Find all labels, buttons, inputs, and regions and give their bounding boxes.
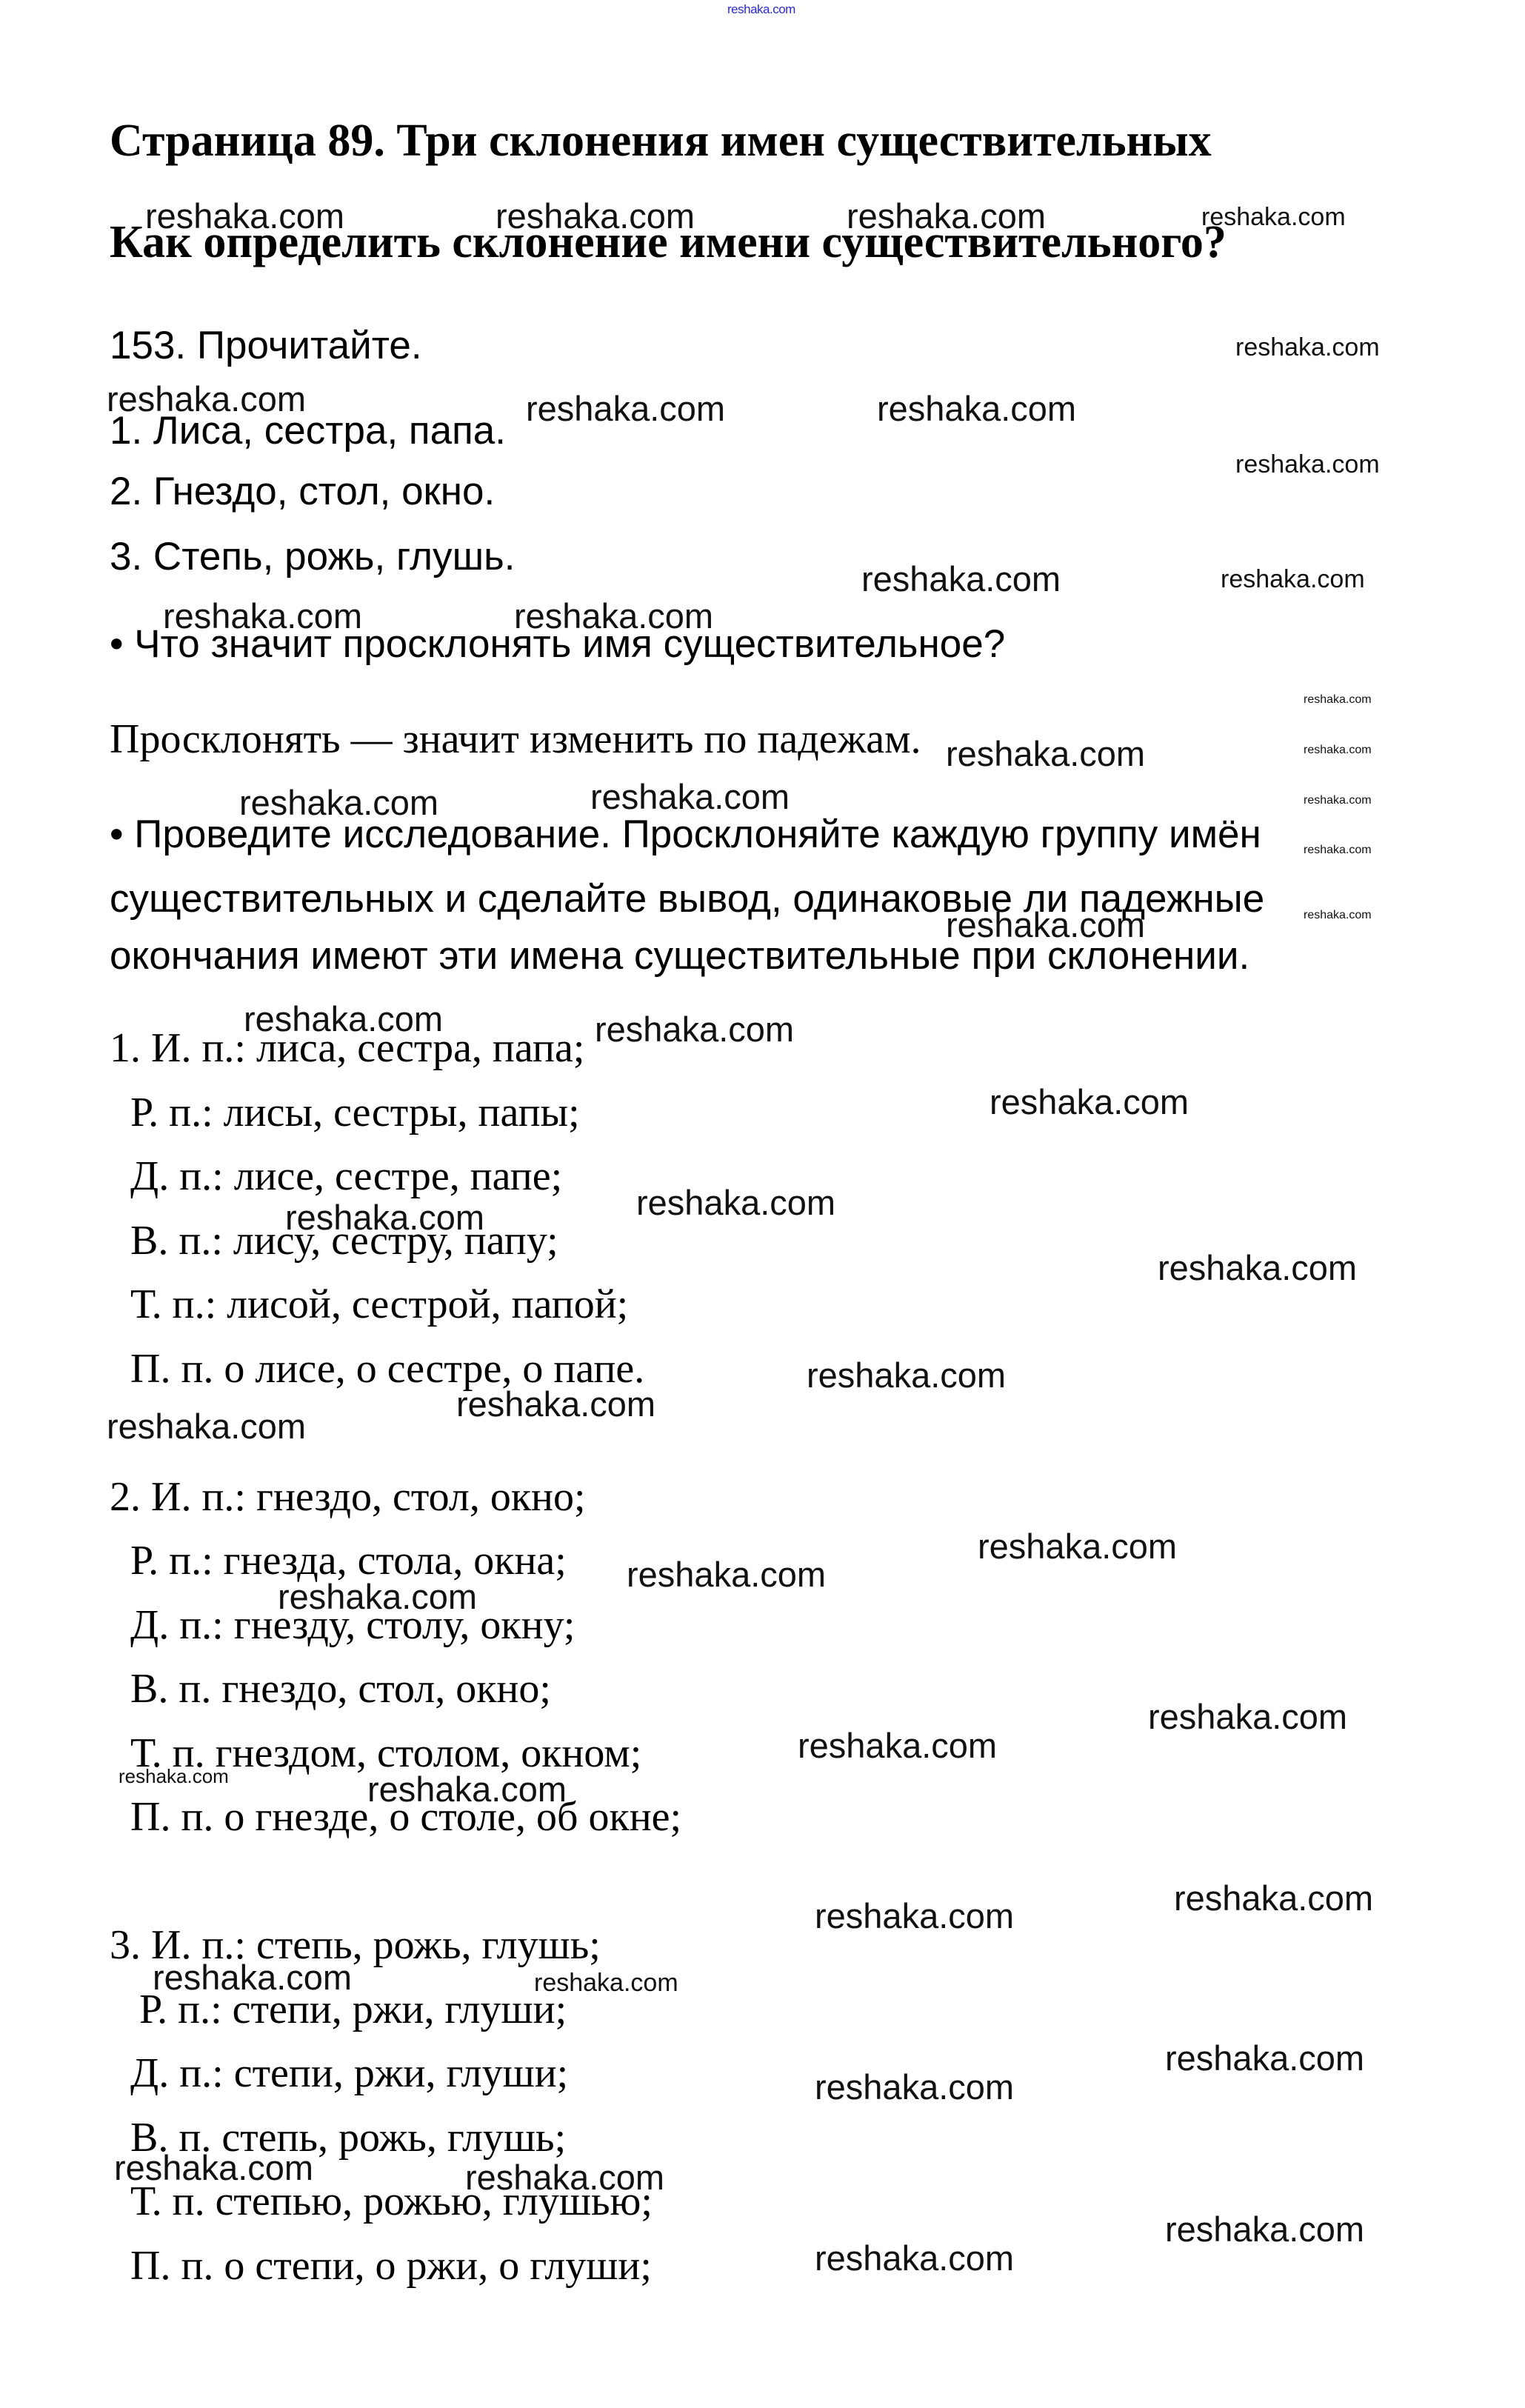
watermark: reshaka.com <box>526 391 725 426</box>
watermark: reshaka.com <box>595 1012 794 1047</box>
watermark: reshaka.com <box>456 1387 655 1421</box>
watermark: reshaka.com <box>119 1767 229 1786</box>
declension-row: П. п. о лисе, о сестре, о папе. <box>130 1348 644 1390</box>
watermark: reshaka.com <box>514 598 713 633</box>
watermark: reshaka.com <box>465 2160 664 2195</box>
watermark: reshaka.com <box>107 381 306 416</box>
watermark: reshaka.com <box>1304 694 1372 706</box>
watermark: reshaka.com <box>1201 204 1346 230</box>
watermark: reshaka.com <box>861 561 1061 596</box>
watermark: reshaka.com <box>877 391 1076 426</box>
declension-row: Д. п.: степи, ржи, глуши; <box>130 2052 568 2094</box>
watermark: reshaka.com <box>1235 335 1380 360</box>
watermark: reshaka.com <box>1165 2212 1364 2247</box>
watermark: reshaka.com <box>239 785 438 820</box>
watermark: reshaka.com <box>1304 844 1372 856</box>
watermark: reshaka.com <box>590 779 790 814</box>
header-watermark-link[interactable]: reshaka.com <box>727 3 795 16</box>
exercise-answer: Просклонять — значит изменить по падежам… <box>110 718 921 760</box>
watermark: reshaka.com <box>145 199 344 233</box>
watermark: reshaka.com <box>815 2070 1014 2104</box>
watermark: reshaka.com <box>1304 795 1372 807</box>
watermark: reshaka.com <box>1148 1699 1347 1734</box>
exercise-item: 2. Гнездо, стол, окно. <box>110 472 495 511</box>
watermark: reshaka.com <box>1235 452 1380 477</box>
declension-row: П. п. о степи, о ржи, о глуши; <box>130 2245 652 2287</box>
watermark: reshaka.com <box>114 2150 313 2185</box>
watermark: reshaka.com <box>847 199 1046 233</box>
watermark: reshaka.com <box>1165 2041 1364 2075</box>
watermark: reshaka.com <box>815 2241 1014 2275</box>
watermark: reshaka.com <box>278 1579 477 1614</box>
declension-row: Р. п.: лисы, сестры, папы; <box>130 1092 580 1133</box>
watermark: reshaka.com <box>627 1557 826 1592</box>
declension-row: В. п. гнездо, стол, окно; <box>130 1668 551 1710</box>
watermark: reshaka.com <box>798 1728 997 1763</box>
watermark: reshaka.com <box>495 199 695 233</box>
exercise-item: 3. Степь, рожь, глушь. <box>110 537 515 576</box>
watermark: reshaka.com <box>153 1960 352 1995</box>
watermark: reshaka.com <box>1158 1250 1357 1285</box>
watermark: reshaka.com <box>636 1185 835 1220</box>
watermark: reshaka.com <box>946 736 1145 771</box>
watermark: reshaka.com <box>1174 1881 1373 1915</box>
watermark: reshaka.com <box>1304 910 1372 921</box>
watermark: reshaka.com <box>815 1898 1014 1933</box>
watermark: reshaka.com <box>1221 567 1365 592</box>
page-title: Страница 89. Три склонения имен существи… <box>110 118 1212 164</box>
watermark: reshaka.com <box>807 1358 1006 1393</box>
exercise-heading: 153. Прочитайте. <box>110 326 422 365</box>
watermark: reshaka.com <box>367 1772 567 1807</box>
watermark: reshaka.com <box>163 598 362 633</box>
watermark: reshaka.com <box>990 1084 1189 1119</box>
watermark: reshaka.com <box>285 1200 484 1235</box>
watermark: reshaka.com <box>534 1970 678 1995</box>
watermark: reshaka.com <box>978 1529 1177 1564</box>
declension-row: Д. п.: лисе, сестре, папе; <box>130 1155 562 1197</box>
watermark: reshaka.com <box>244 1001 443 1036</box>
watermark: reshaka.com <box>1304 744 1372 756</box>
watermark: reshaka.com <box>107 1409 306 1444</box>
declension-row: 2. И. п.: гнездо, стол, окно; <box>110 1476 586 1518</box>
watermark: reshaka.com <box>946 907 1145 942</box>
declension-row: Р. п.: гнезда, стола, окна; <box>130 1540 567 1581</box>
declension-row: Т. п.: лисой, сестрой, папой; <box>130 1284 628 1325</box>
